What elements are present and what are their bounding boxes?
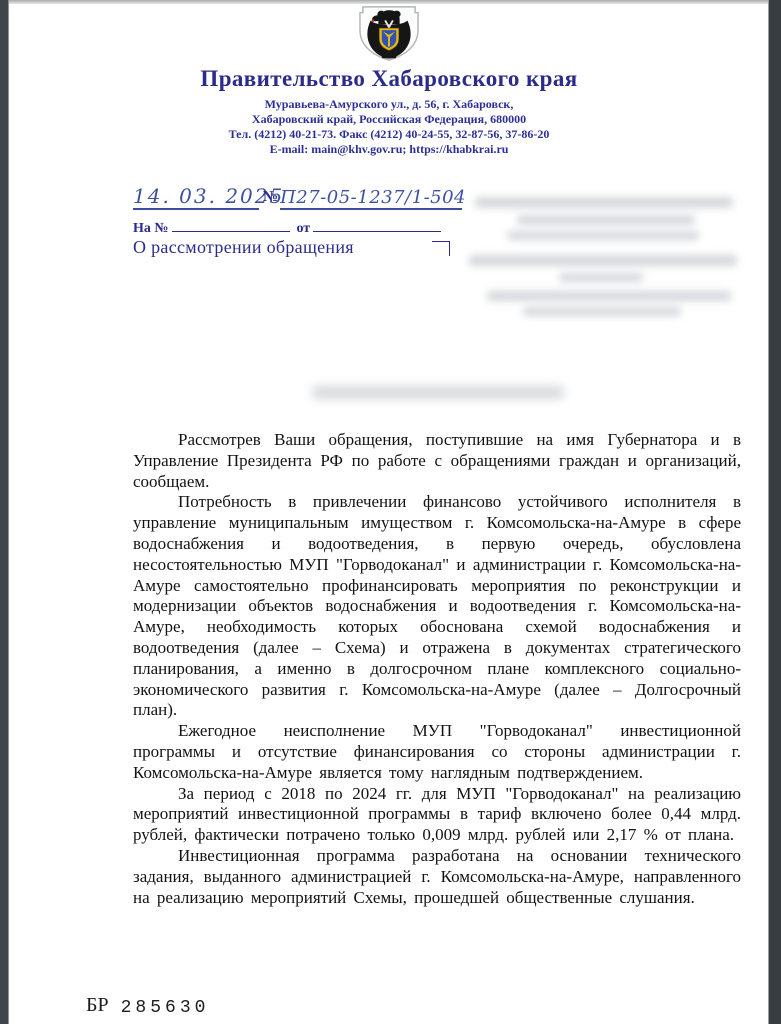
recipient-address-redacted: [455, 197, 755, 316]
redacted-line: [523, 307, 681, 316]
viewer-right-edge: [768, 0, 781, 1024]
paragraph: Ежегодное неисполнение МУП "Горводоканал…: [133, 721, 741, 783]
form-series: БР: [86, 994, 109, 1016]
on-number-label: На №: [133, 221, 168, 236]
from-blank-line: [313, 219, 441, 232]
address-line-2: Хабаровский край, Российская Федерация, …: [9, 112, 769, 127]
redacted-line: [507, 231, 699, 240]
viewer-left-edge: [0, 0, 9, 1024]
org-title: Правительство Хабаровского края: [9, 66, 769, 92]
paragraph: Инвестиционная программа разработана на …: [133, 846, 741, 908]
scanned-letter-page: Правительство Хабаровского края Муравьев…: [0, 0, 781, 1024]
address-line-4: E-mail: main@khv.gov.ru; https://khabkra…: [9, 142, 769, 157]
org-address: Муравьева-Амурского ул., д. 56, г. Хабар…: [9, 97, 769, 157]
redacted-line: [469, 255, 737, 266]
form-stamp: БР285630: [86, 994, 209, 1017]
salutation-redacted: [312, 386, 564, 399]
letter-body: Рассмотрев Ваши обращения, поступившие н…: [133, 430, 741, 908]
number-sign: №: [263, 189, 278, 206]
address-corner-mark: [432, 241, 450, 256]
from-label: от: [296, 221, 310, 236]
address-line-3: Тел. (4212) 40-21-73. Факс (4212) 40-24-…: [9, 127, 769, 142]
redacted-line: [475, 197, 733, 208]
outgoing-number-handwritten: П27-05-1237/1-504: [280, 187, 462, 210]
incoming-reference-row: На №от: [133, 219, 468, 236]
subject-line: О рассмотрении обращения: [133, 237, 468, 258]
form-number: 285630: [121, 998, 210, 1018]
paragraph: Рассмотрев Ваши обращения, поступившие н…: [133, 430, 741, 492]
redacted-line: [559, 273, 643, 282]
date-handwritten: 14. 03. 2025: [133, 184, 259, 210]
paragraph: За период с 2018 по 2024 гг. для МУП "Го…: [133, 784, 741, 846]
paragraph: Потребность в привлечении финансово усто…: [133, 492, 741, 721]
address-line-1: Муравьева-Амурского ул., д. 56, г. Хабар…: [9, 97, 769, 112]
coat-of-arms-icon: [352, 4, 426, 64]
date-number-row: 14. 03. 2025№П27-05-1237/1-504: [133, 184, 468, 214]
redacted-line: [487, 291, 731, 301]
letterhead: Правительство Хабаровского края Муравьев…: [9, 4, 769, 157]
reference-block: 14. 03. 2025№П27-05-1237/1-504 На №от О …: [133, 184, 468, 258]
redacted-line: [517, 215, 695, 225]
on-number-blank-line: [172, 219, 290, 232]
